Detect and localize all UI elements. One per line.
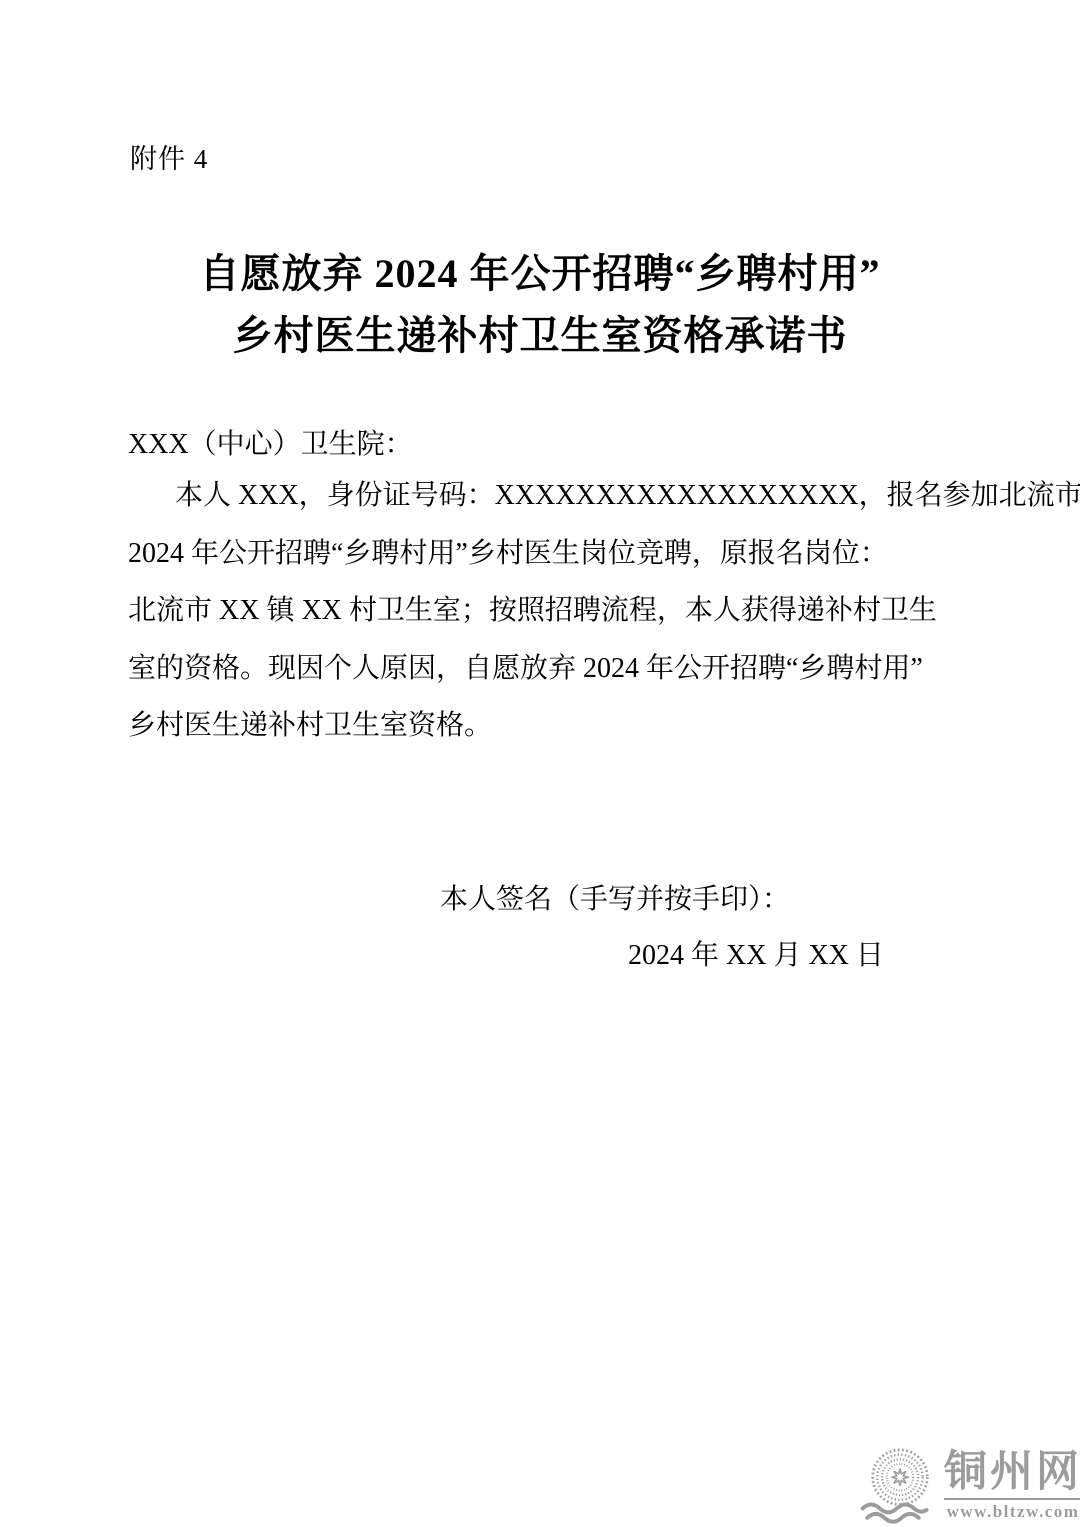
body-line: 乡村医生递补村卫生室资格。 xyxy=(128,697,960,755)
body-line: 室的资格。现因个人原因，自愿放弃 2024 年公开招聘“乡聘村用” xyxy=(128,640,960,698)
salutation: XXX（中心）卫生院： xyxy=(128,422,413,462)
body-line: 2024 年公开招聘“乡聘村用”乡村医生岗位竞聘，原报名岗位： xyxy=(128,525,960,583)
document-title: 自愿放弃 2024 年公开招聘“乡聘村用” 乡村医生递补村卫生室资格承诺书 xyxy=(0,243,1080,367)
body-line: 本人 XXX，身份证号码：XXXXXXXXXXXXXXXXXX，报名参加北流市 xyxy=(128,467,960,525)
watermark-site-url: www.bltzw.com xyxy=(944,1498,1080,1522)
date-line: 2024 年 XX 月 XX 日 xyxy=(628,933,884,973)
title-line-2: 乡村医生递补村卫生室资格承诺书 xyxy=(0,305,1080,367)
watermark-site-name: 铜州网 xyxy=(944,1450,1080,1495)
document-page: 附件 4 自愿放弃 2024 年公开招聘“乡聘村用” 乡村医生递补村卫生室资格承… xyxy=(0,0,1080,1527)
seal-emblem-icon xyxy=(858,1446,942,1524)
body-paragraph: 本人 XXX，身份证号码：XXXXXXXXXXXXXXXXXX，报名参加北流市 … xyxy=(128,467,960,755)
body-line: 北流市 XX 镇 XX 村卫生室；按照招聘流程，本人获得递补村卫生 xyxy=(128,582,960,640)
signature-label: 本人签名（手写并按手印）： xyxy=(440,877,790,917)
title-line-1: 自愿放弃 2024 年公开招聘“乡聘村用” xyxy=(0,243,1080,305)
attachment-label: 附件 4 xyxy=(130,137,208,176)
watermark-text: 铜州网 www.bltzw.com xyxy=(944,1450,1080,1524)
site-watermark: 铜州网 www.bltzw.com xyxy=(858,1446,1080,1524)
